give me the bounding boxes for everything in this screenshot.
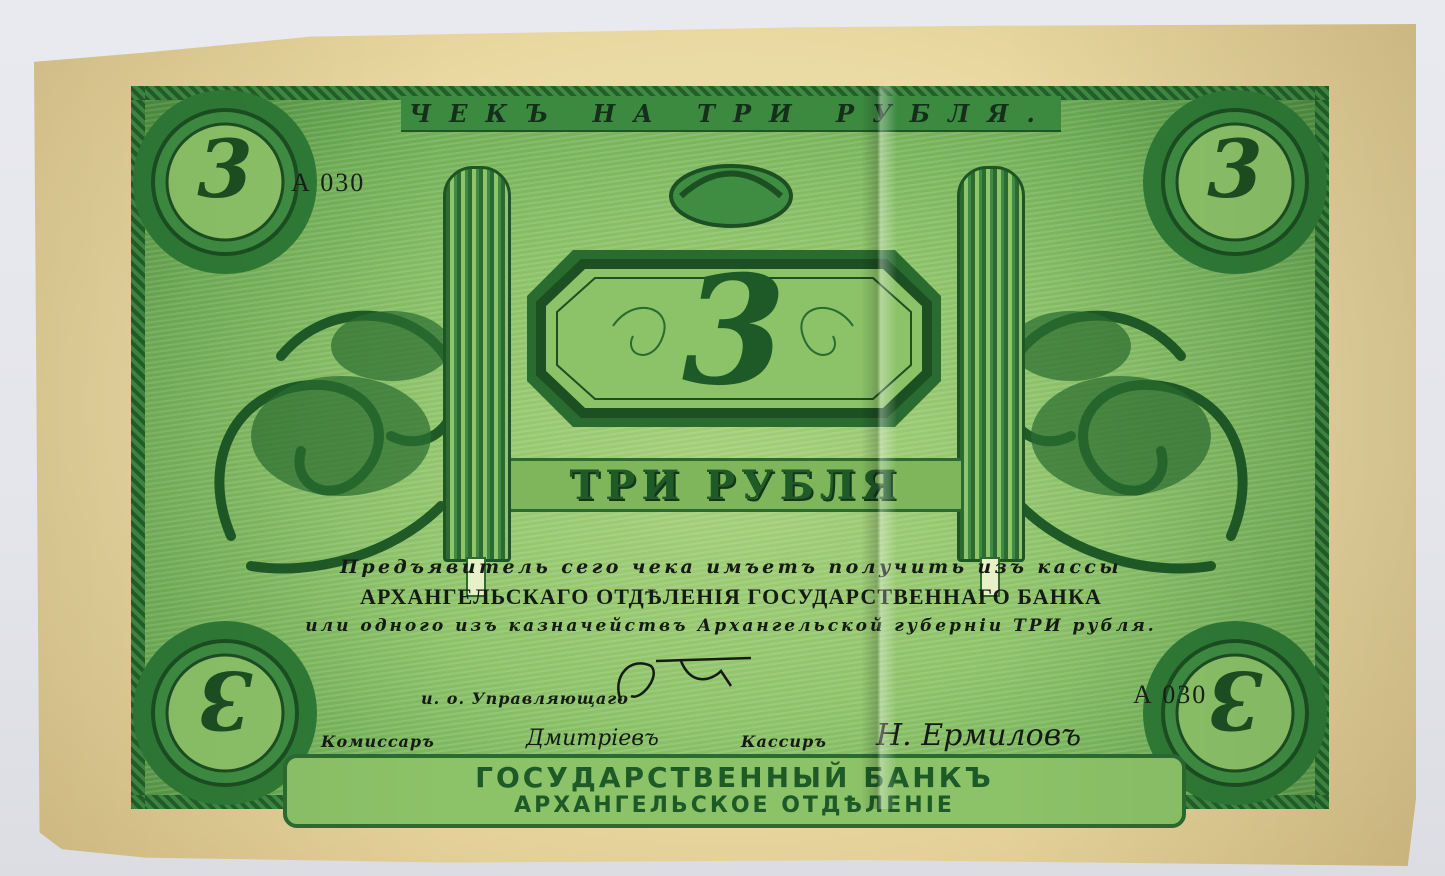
- check-text-line-3: или одного изъ казначействъ Архангельско…: [251, 616, 1211, 636]
- manager-label: и. о. Управляющаго: [421, 689, 629, 708]
- check-text-line-2: АРХАНГЕЛЬСКАГО ОТДѢЛЕНІЯ ГОСУДАРСТВЕННАГ…: [251, 584, 1211, 610]
- commissar-label: Комиссаръ: [321, 732, 435, 751]
- denomination-word-banner: ТРИ РУБЛЯ: [511, 458, 961, 512]
- left-column-ornament: [443, 166, 511, 562]
- corner-denomination: 3: [125, 653, 325, 747]
- denomination-word: ТРИ РУБЛЯ: [570, 462, 903, 509]
- check-text-line-1: Предъявитель сего чека имъетъ получить и…: [251, 556, 1211, 578]
- header-title: ЧЕКЪ НА ТРИ РУБЛЯ.: [409, 99, 1053, 128]
- branch-name: АРХАНГЕЛЬСКОЕ ОТДѢЛЕНІЕ: [514, 793, 955, 819]
- serial-number-top: А 030: [291, 168, 365, 198]
- check-text: Предъявитель сего чека имъетъ получить и…: [251, 556, 1211, 636]
- manager-signature: [601, 646, 761, 716]
- corner-rosette-top-right: 3: [1135, 82, 1335, 282]
- cashier-label: Кассиръ: [741, 732, 827, 751]
- bank-name: ГОСУДАРСТВЕННЫЙ БАНКЪ: [475, 763, 994, 793]
- banknote: 3 3 3 3 ЧЕКЪ НА ТРИ РУБЛЯ. А 030: [34, 24, 1416, 866]
- serial-number-bottom: А 030: [1133, 680, 1207, 710]
- header-banner: ЧЕКЪ НА ТРИ РУБЛЯ.: [401, 96, 1061, 132]
- cashier-signature: Н. Ермиловъ: [876, 718, 1081, 753]
- corner-denomination: 3: [1135, 122, 1335, 216]
- printed-plate: 3 3 3 3 ЧЕКЪ НА ТРИ РУБЛЯ. А 030: [131, 86, 1329, 809]
- center-denomination: 3: [523, 236, 945, 426]
- bank-name-band: ГОСУДАРСТВЕННЫЙ БАНКЪ АРХАНГЕЛЬСКОЕ ОТДѢ…: [283, 754, 1186, 828]
- commissar-signature: Дмитріевъ: [526, 726, 659, 751]
- eagle-emblem: [631, 141, 831, 241]
- right-column-ornament: [957, 166, 1025, 562]
